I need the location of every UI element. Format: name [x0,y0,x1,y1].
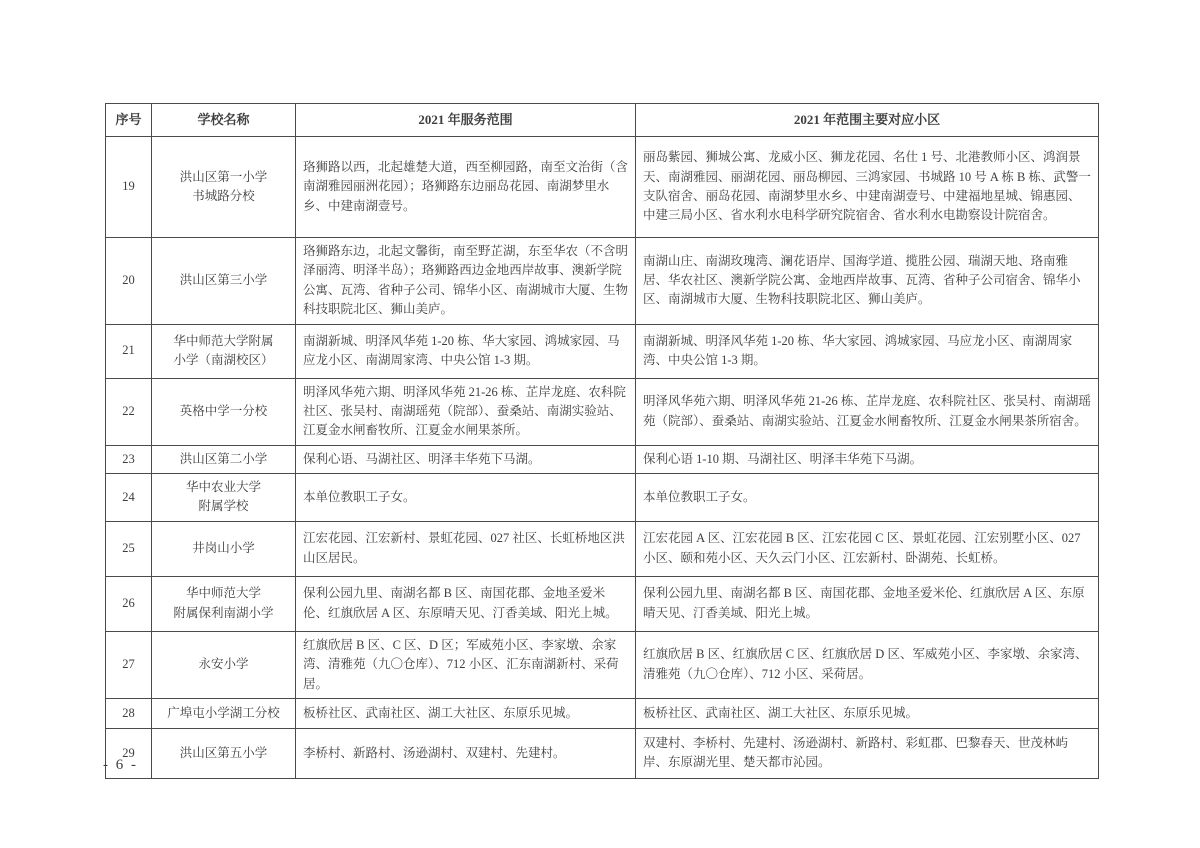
community-list: 丽岛紫园、狮城公寓、龙威小区、狮龙花园、名仕 1 号、北港教师小区、鸿润景天、南… [636,137,1099,238]
row-number: 22 [106,378,152,445]
school-name: 英格中学一分校 [152,378,296,445]
community-list: 南湖山庄、南湖玫瑰湾、澜花语岸、国海学道、揽胜公园、瑞湖天地、珞南雅居、华农社区… [636,238,1099,325]
table-row: 21华中师范大学附属 小学（南湖校区）南湖新城、明泽风华苑 1-20 栋、华大家… [106,324,1099,378]
service-scope: 江宏花园、江宏新村、景虹花园、027 社区、长虹桥地区洪山区居民。 [296,521,636,576]
service-scope: 珞狮路以西，北起雄楚大道，西至柳园路，南至文治街（含南湖雅园丽洲花园）；珞狮路东… [296,137,636,238]
community-list: 本单位教职工子女。 [636,474,1099,522]
school-name: 广埠屯小学湖工分校 [152,698,296,728]
service-scope: 红旗欣居 B 区、C 区、D 区；军威苑小区、李家墩、余家湾、清雅苑（九〇仓库）… [296,631,636,698]
table-row: 19洪山区第一小学 书城路分校珞狮路以西，北起雄楚大道，西至柳园路，南至文治街（… [106,137,1099,238]
table-row: 20洪山区第三小学珞狮路东边，北起文馨街，南至野芷湖，东至华农（不含明泽丽湾、明… [106,238,1099,325]
header-school-name: 学校名称 [152,104,296,137]
community-list: 双建村、李桥村、先建村、汤逊湖村、新路村、彩虹郡、巴黎春天、世茂林屿岸、东原湖光… [636,728,1099,778]
school-name: 洪山区第二小学 [152,445,296,473]
school-name: 华中师范大学 附属保利南湖小学 [152,576,296,631]
service-scope: 保利心语、马湖社区、明泽丰华苑下马湖。 [296,445,636,473]
row-number: 28 [106,698,152,728]
table-row: 24华中农业大学 附属学校本单位教职工子女。本单位教职工子女。 [106,474,1099,522]
table-header: 序号 学校名称 2021 年服务范围 2021 年范围主要对应小区 [106,104,1099,137]
row-number: 21 [106,324,152,378]
header-row-number: 序号 [106,104,152,137]
community-list: 江宏花园 A 区、江宏花园 B 区、江宏花园 C 区、景虹花园、江宏别墅小区、0… [636,521,1099,576]
table-row: 26华中师范大学 附属保利南湖小学保利公园九里、南湖名都 B 区、南国花郡、金地… [106,576,1099,631]
row-number: 27 [106,631,152,698]
row-number: 24 [106,474,152,522]
community-list: 保利心语 1-10 期、马湖社区、明泽丰华苑下马湖。 [636,445,1099,473]
row-number: 20 [106,238,152,325]
row-number: 26 [106,576,152,631]
header-service-scope: 2021 年服务范围 [296,104,636,137]
table-body: 19洪山区第一小学 书城路分校珞狮路以西，北起雄楚大道，西至柳园路，南至文治街（… [106,137,1099,779]
service-scope: 本单位教职工子女。 [296,474,636,522]
school-name: 华中师范大学附属 小学（南湖校区） [152,324,296,378]
service-scope: 明泽风华苑六期、明泽风华苑 21-26 栋、芷岸龙庭、农科院社区、张吴村、南湖瑶… [296,378,636,445]
table-row: 25井岗山小学江宏花园、江宏新村、景虹花园、027 社区、长虹桥地区洪山区居民。… [106,521,1099,576]
school-name: 永安小学 [152,631,296,698]
school-name: 洪山区第三小学 [152,238,296,325]
table-row: 29洪山区第五小学李桥村、新路村、汤逊湖村、双建村、先建村。双建村、李桥村、先建… [106,728,1099,778]
table-row: 23洪山区第二小学保利心语、马湖社区、明泽丰华苑下马湖。保利心语 1-10 期、… [106,445,1099,473]
school-name: 洪山区第五小学 [152,728,296,778]
table-row: 28广埠屯小学湖工分校板桥社区、武南社区、湖工大社区、东原乐见城。板桥社区、武南… [106,698,1099,728]
school-name: 井岗山小学 [152,521,296,576]
row-number: 25 [106,521,152,576]
school-name: 洪山区第一小学 书城路分校 [152,137,296,238]
service-scope: 李桥村、新路村、汤逊湖村、双建村、先建村。 [296,728,636,778]
community-list: 板桥社区、武南社区、湖工大社区、东原乐见城。 [636,698,1099,728]
community-list: 明泽风华苑六期、明泽风华苑 21-26 栋、芷岸龙庭、农科院社区、张吴村、南湖瑶… [636,378,1099,445]
school-name: 华中农业大学 附属学校 [152,474,296,522]
community-list: 保利公园九里、南湖名都 B 区、南国花郡、金地圣爱米伦、红旗欣居 A 区、东原晴… [636,576,1099,631]
document-page: 序号 学校名称 2021 年服务范围 2021 年范围主要对应小区 19洪山区第… [105,103,1098,779]
row-number: 23 [106,445,152,473]
community-list: 南湖新城、明泽风华苑 1-20 栋、华大家园、鸿城家园、马应龙小区、南湖周家湾、… [636,324,1099,378]
table-row: 22英格中学一分校明泽风华苑六期、明泽风华苑 21-26 栋、芷岸龙庭、农科院社… [106,378,1099,445]
service-scope: 保利公园九里、南湖名都 B 区、南国花郡、金地圣爱米伦、红旗欣居 A 区、东原晴… [296,576,636,631]
school-service-table: 序号 学校名称 2021 年服务范围 2021 年范围主要对应小区 19洪山区第… [105,103,1099,779]
service-scope: 珞狮路东边，北起文馨街，南至野芷湖，东至华农（不含明泽丽湾、明泽半岛）；珞狮路西… [296,238,636,325]
row-number: 19 [106,137,152,238]
header-community-list: 2021 年范围主要对应小区 [636,104,1099,137]
table-row: 27永安小学红旗欣居 B 区、C 区、D 区；军威苑小区、李家墩、余家湾、清雅苑… [106,631,1099,698]
page-number: - 6 - [103,757,138,774]
service-scope: 南湖新城、明泽风华苑 1-20 栋、华大家园、鸿城家园、马应龙小区、南湖周家湾、… [296,324,636,378]
service-scope: 板桥社区、武南社区、湖工大社区、东原乐见城。 [296,698,636,728]
community-list: 红旗欣居 B 区、红旗欣居 C 区、红旗欣居 D 区、军威苑小区、李家墩、余家湾… [636,631,1099,698]
